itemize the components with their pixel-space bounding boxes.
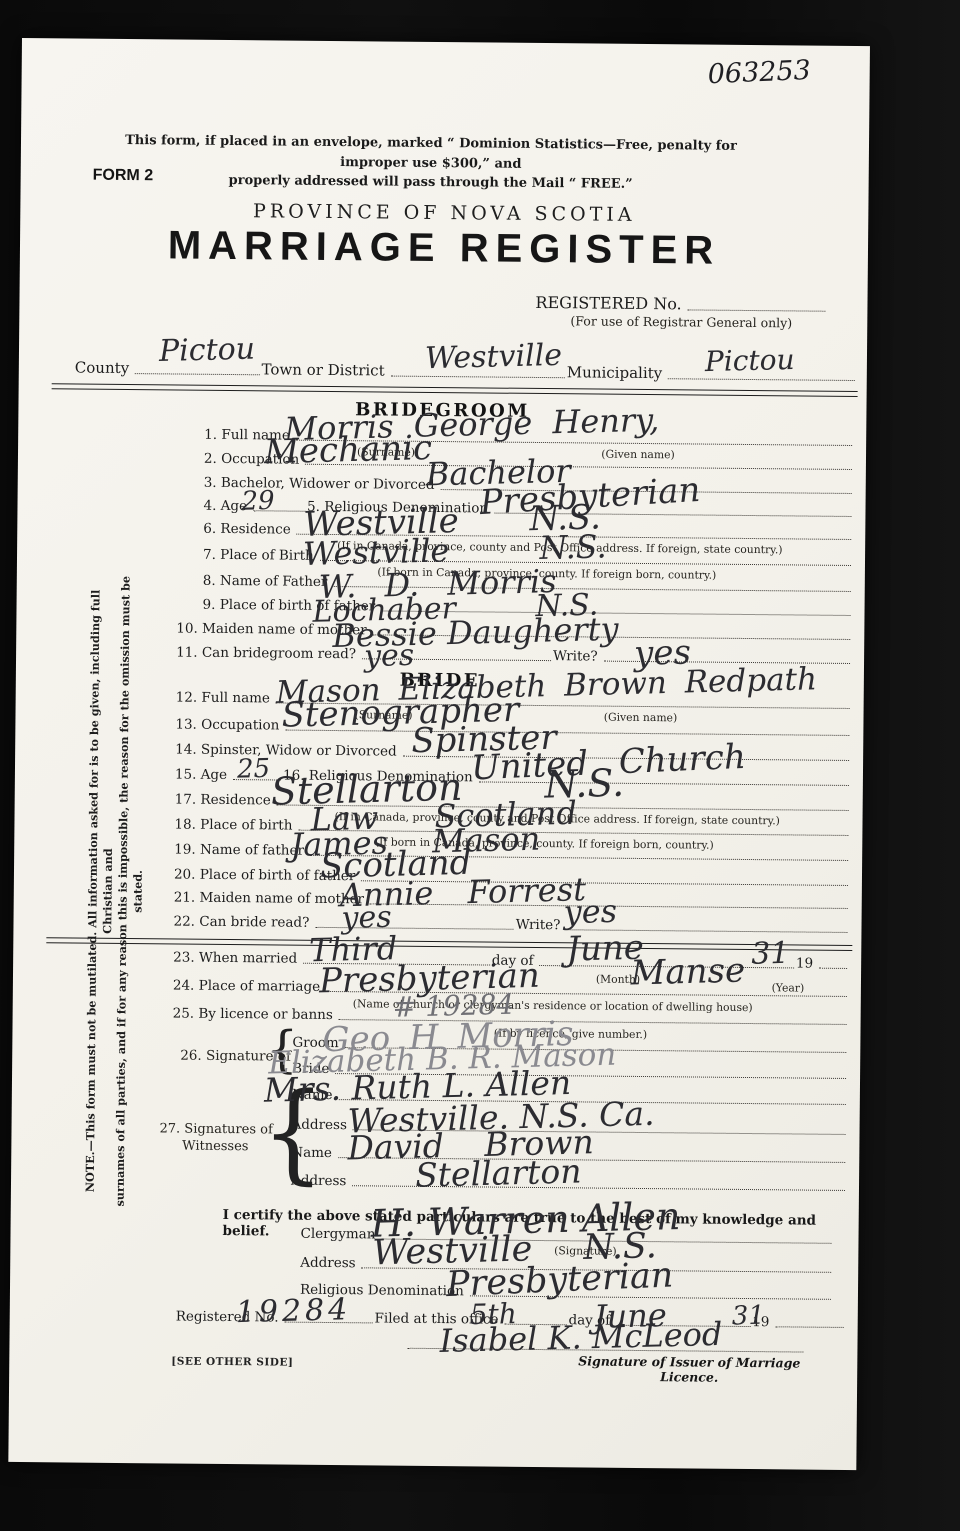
groom-birthplace-label: 7. Place of Birth [203, 547, 314, 564]
bride-write-value: yes [563, 895, 617, 928]
place-of-marriage-value: Presbyterian Manse [319, 954, 746, 999]
licence-label: 25. By licence or banns [173, 1005, 333, 1023]
bride-age-value: 25 [237, 756, 271, 783]
municipality-value: Pictou [705, 346, 795, 376]
groom-father-label: 8. Name of Father [203, 573, 328, 590]
registered-no-value: 19284 [235, 1295, 351, 1328]
bride-birthplace-label: 18. Place of birth [174, 817, 292, 834]
registered-no-note: (For use of Registrar General only) [535, 313, 827, 331]
year-prefix: 19 [796, 955, 813, 971]
year-value: 31 [751, 939, 790, 970]
form-number: FORM 2 [93, 167, 154, 186]
filed-year-value: 31 [731, 1303, 765, 1330]
witnesses-label: 27. Signatures of Witnesses [159, 1121, 271, 1156]
place-of-marriage-label: 24. Place of marriage [173, 977, 320, 994]
mail-notice: This form, if placed in an envelope, mar… [121, 131, 742, 195]
when-married-label: 23. When married [173, 949, 297, 966]
clergyman-address-label: Address [300, 1255, 355, 1272]
witness2-address-value: Stellarton [415, 1155, 582, 1192]
bride-age-label: 15. Age [175, 767, 227, 783]
groom-write-label: Write? [553, 648, 598, 664]
bride-read-label: 22. Can bride read? [173, 913, 309, 930]
dotted-leader [391, 376, 565, 379]
bride-occupation-label: 13. Occupation [175, 717, 279, 734]
groom-read-value: yes [364, 641, 415, 672]
see-other-side-note: [SEE OTHER SIDE] [171, 1355, 293, 1368]
bride-fullname-label: 12. Full name [176, 690, 270, 707]
issuer-signature: Isabel K. McLeod [439, 1318, 723, 1357]
groom-read-label: 11. Can bridegroom read? [176, 645, 356, 663]
issuer-label: Signature of Issuer of Marriage Licence. [564, 1353, 814, 1385]
groom-age-value: 29 [241, 488, 275, 515]
county-label: County [75, 359, 130, 378]
witnesses-label-line1: 27. Signatures of [159, 1121, 271, 1139]
bride-literacy-row: 22. Can bride read? Write? [173, 907, 849, 935]
registered-no-label: REGISTERED No. [535, 293, 681, 313]
county-value: Pictou [159, 335, 256, 367]
bride-status-label: 14. Spinster, Widow or Divorced [175, 742, 397, 760]
mail-notice-line1: This form, if placed in an envelope, mar… [121, 131, 741, 176]
town-label: Town or District [262, 360, 385, 379]
groom-status-label: 3. Bachelor, Widower or Divorced [204, 475, 435, 493]
dotted-leader [668, 378, 855, 381]
groom-occupation-value: Mechanic [264, 431, 433, 469]
clergyman-label: Clergyman [300, 1226, 375, 1243]
dotted-leader [135, 373, 259, 375]
witnesses-label-line2: Witnesses [159, 1138, 271, 1156]
dotted-leader [775, 1326, 843, 1328]
document-number: 063253 [707, 57, 811, 88]
bride-mother-label: 21. Maiden name of mother [174, 889, 364, 907]
marriage-register-document: 063253 This form, if placed in an envelo… [8, 38, 870, 1470]
registered-no-row: REGISTERED No. [535, 290, 827, 315]
bride-residence-label: 17. Residence [175, 792, 271, 809]
bride-father-label: 19. Name of father [174, 841, 304, 858]
bride-write-label: Write? [516, 917, 561, 933]
dotted-leader [688, 309, 826, 311]
municipality-label: Municipality [567, 363, 662, 382]
section-divider [52, 383, 858, 396]
town-value: Westville [425, 341, 563, 374]
page-title: MARRIAGE REGISTER [20, 222, 868, 275]
groom-residence-label: 6. Residence [203, 521, 291, 538]
dotted-leader [819, 968, 847, 969]
